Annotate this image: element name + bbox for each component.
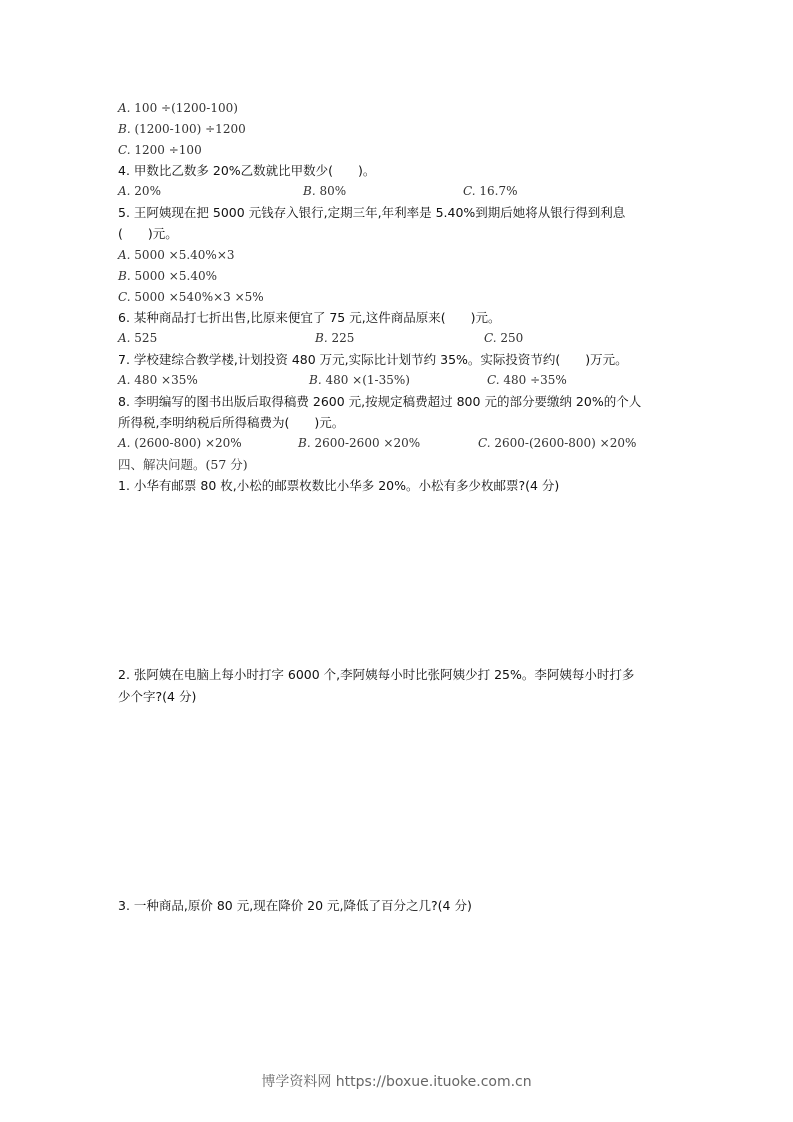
q4-option-b: B. 80% (303, 184, 346, 198)
option-label: B. (118, 269, 131, 283)
option-text: 225 (328, 331, 355, 345)
q6-option-c: C. 250 (484, 331, 523, 345)
option-label: A. (118, 101, 130, 115)
option-label: B. (303, 184, 316, 198)
problem-2-line2: 少个字?(4 分) (118, 689, 196, 705)
option-text: 2600-(2600-800) ×20% (491, 436, 637, 450)
q4-option-c: C. 16.7% (463, 184, 518, 198)
option-label: A. (118, 436, 130, 450)
option-text: 525 (130, 331, 157, 345)
option-label: C. (478, 436, 491, 450)
option-text: 5000 ×5.40%×3 (130, 248, 234, 262)
q5-option-a: A. 5000 ×5.40%×3 (118, 247, 235, 263)
q4-stem: 4. 甲数比乙数多 20%乙数就比甲数少( )。 (118, 163, 375, 179)
option-label: C. (118, 290, 131, 304)
option-label: A. (118, 248, 130, 262)
option-label: B. (118, 122, 131, 136)
problem-3: 3. 一种商品,原价 80 元,现在降价 20 元,降低了百分之几?(4 分) (118, 898, 472, 914)
q8-stem-line2: 所得税,李明纳税后所得稿费为( )元。 (118, 415, 344, 431)
option-text: 250 (497, 331, 524, 345)
q5-option-b: B. 5000 ×5.40% (118, 268, 217, 284)
option-label: C. (118, 143, 131, 157)
q3-option-a: A. 100 ÷(1200-100) (118, 100, 238, 116)
q8-stem-line1: 8. 李明编写的图书出版后取得稿费 2600 元,按规定稿费超过 800 元的部… (118, 394, 641, 410)
option-label: B. (315, 331, 328, 345)
option-text: 480 ×35% (130, 373, 197, 387)
problem-1: 1. 小华有邮票 80 枚,小松的邮票枚数比小华多 20%。小松有多少枚邮票?(… (118, 478, 559, 494)
option-text: 80% (316, 184, 347, 198)
q7-option-c: C. 480 ÷35% (487, 373, 567, 387)
q6-option-b: B. 225 (315, 331, 354, 345)
option-label: C. (463, 184, 476, 198)
q8-option-a: A. (2600-800) ×20% (118, 436, 242, 450)
option-label: B. (309, 373, 322, 387)
option-label: C. (484, 331, 497, 345)
q6-stem: 6. 某种商品打七折出售,比原来便宜了 75 元,这件商品原来( )元。 (118, 310, 500, 326)
option-text: 100 ÷(1200-100) (130, 101, 237, 115)
problem-2-line1: 2. 张阿姨在电脑上每小时打字 6000 个,李阿姨每小时比张阿姨少打 25%。… (118, 667, 634, 683)
option-text: 1200 ÷100 (131, 143, 202, 157)
option-text: 480 ÷35% (500, 373, 567, 387)
q3-option-b: B. (1200-100) ÷1200 (118, 121, 246, 137)
q5-stem-line1: 5. 王阿姨现在把 5000 元钱存入银行,定期三年,年利率是 5.40%到期后… (118, 205, 625, 221)
q8-option-b: B. 2600-2600 ×20% (298, 436, 420, 450)
q7-stem: 7. 学校建综合教学楼,计划投资 480 万元,实际比计划节约 35%。实际投资… (118, 352, 628, 368)
section-title: 四、解决问题。(57 分) (118, 457, 248, 473)
q7-option-a: A. 480 ×35% (118, 373, 198, 387)
option-text: 2600-2600 ×20% (311, 436, 421, 450)
q5-stem-line2: ( )元。 (118, 226, 178, 242)
option-label: A. (118, 331, 130, 345)
q7-option-b: B. 480 ×(1-35%) (309, 373, 410, 387)
option-label: C. (487, 373, 500, 387)
option-text: 20% (130, 184, 161, 198)
option-label: A. (118, 373, 130, 387)
option-text: 5000 ×540%×3 ×5% (131, 290, 264, 304)
q8-option-c: C. 2600-(2600-800) ×20% (478, 436, 636, 450)
option-label: A. (118, 184, 130, 198)
q5-option-c: C. 5000 ×540%×3 ×5% (118, 289, 264, 305)
option-text: (2600-800) ×20% (130, 436, 241, 450)
footer-watermark: 博学资料网 https://boxue.ituoke.com.cn (0, 1071, 793, 1091)
option-text: 480 ×(1-35%) (322, 373, 410, 387)
q3-option-c: C. 1200 ÷100 (118, 142, 202, 158)
q6-option-a: A. 525 (118, 331, 157, 345)
option-label: B. (298, 436, 311, 450)
option-text: 16.7% (476, 184, 518, 198)
option-text: (1200-100) ÷1200 (131, 122, 246, 136)
option-text: 5000 ×5.40% (131, 269, 217, 283)
q4-option-a: A. 20% (118, 184, 161, 198)
